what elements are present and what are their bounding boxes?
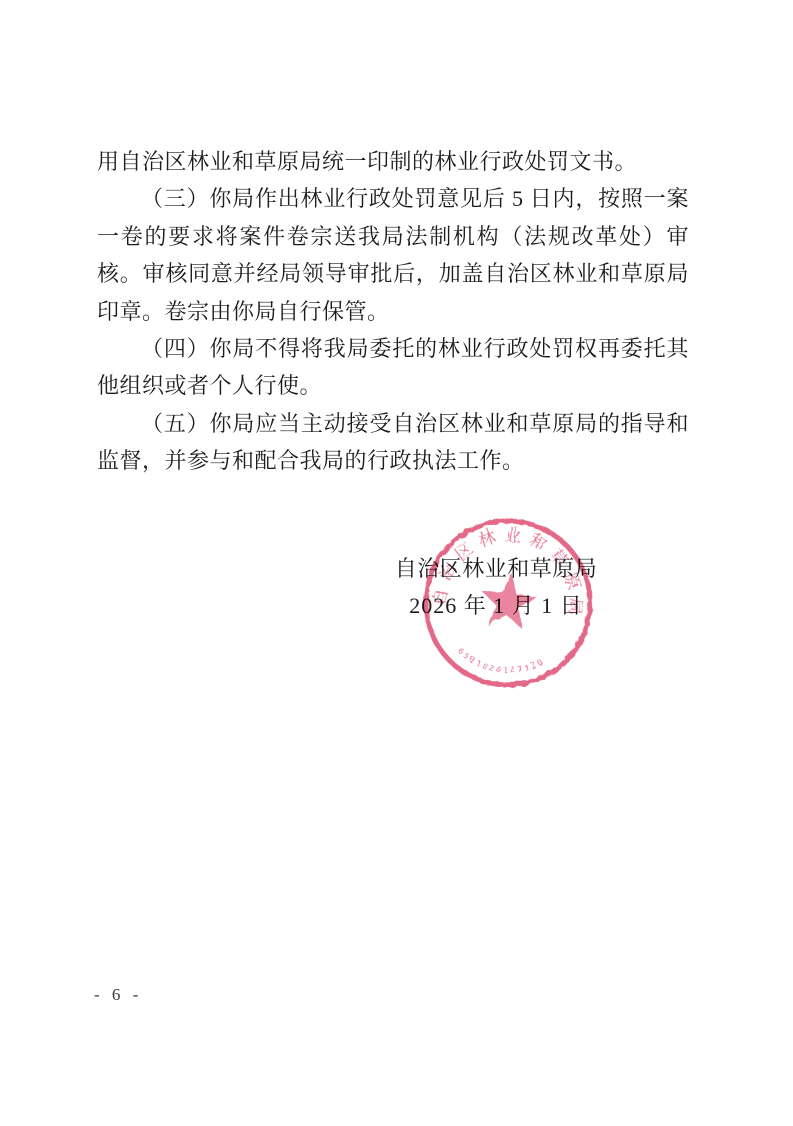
paragraph-item-4: （四）你局不得将我局委托的林业行政处罚权再委托其他组织或者个人行使。 xyxy=(97,330,689,405)
signature-date: 2026 年 1 月 1 日 xyxy=(336,593,656,619)
document-page: 用自治区林业和草原局统一印制的林业行政处罚文书。 （三）你局作出林业行政处罚意见… xyxy=(0,0,793,1126)
paragraph-item-5: （五）你局应当主动接受自治区林业和草原局的指导和监督，并参与和配合我局的行政执法… xyxy=(97,405,689,480)
signature-org-name: 自治区林业和草原局 xyxy=(336,556,656,582)
seal-serial-number: 6501020127120 xyxy=(454,646,547,680)
paragraph-item-3: （三）你局作出林业行政处罚意见后 5 日内，按照一案一卷的要求将案件卷宗送我局法… xyxy=(97,180,689,330)
signature-block: 自治区林业和草原局 2026 年 1 月 1 日 xyxy=(336,556,656,619)
svg-text:6501020127120: 6501020127120 xyxy=(454,646,547,680)
page-number: - 6 - xyxy=(94,985,142,1005)
paragraph-continuation: 用自治区林业和草原局统一印制的林业行政处罚文书。 xyxy=(97,143,689,180)
body-text: 用自治区林业和草原局统一印制的林业行政处罚文书。 （三）你局作出林业行政处罚意见… xyxy=(97,143,689,480)
